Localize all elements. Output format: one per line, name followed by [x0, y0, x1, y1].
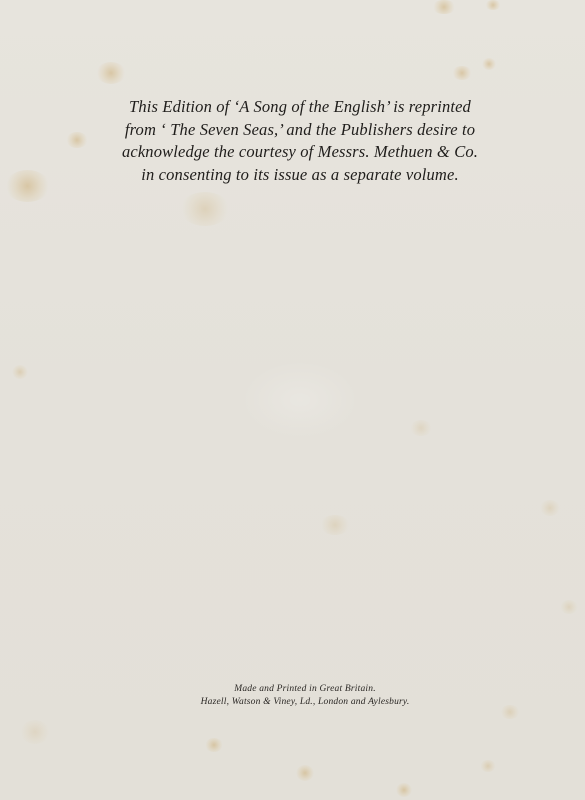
foxing-spot [432, 0, 456, 14]
notice-line: from ‘ The Seven Seas,’ and the Publishe… [95, 119, 505, 142]
foxing-spot [66, 132, 88, 148]
foxing-spot [500, 705, 520, 719]
foxing-spot [396, 783, 412, 797]
foxing-spot [12, 365, 28, 379]
foxing-spot [480, 760, 496, 772]
foxing-spot [452, 66, 472, 80]
imprint-line: Made and Printed in Great Britain. [140, 683, 470, 696]
foxing-spot [540, 500, 560, 516]
imprint-line: Hazell, Watson & Viney, Ld., London and … [140, 696, 470, 709]
notice-line: This Edition of ‘A Song of the English’ … [95, 96, 505, 119]
book-page: This Edition of ‘A Song of the English’ … [0, 0, 585, 800]
foxing-spot [180, 192, 230, 226]
foxing-spot [205, 738, 223, 752]
foxing-spot [410, 420, 432, 436]
printer-imprint: Made and Printed in Great Britain. Hazel… [140, 683, 470, 709]
foxing-spot [560, 600, 578, 614]
foxing-spot [20, 720, 50, 744]
notice-line: acknowledge the courtesy of Messrs. Meth… [95, 141, 505, 164]
foxing-spot [96, 62, 126, 84]
publisher-notice: This Edition of ‘A Song of the English’ … [95, 96, 505, 186]
foxing-spot [485, 0, 501, 10]
foxing-spot [320, 515, 350, 535]
foxing-spot [296, 765, 314, 781]
foxing-spot [482, 58, 496, 70]
foxing-spot [5, 170, 50, 202]
notice-line: in consenting to its issue as a separate… [95, 164, 505, 187]
